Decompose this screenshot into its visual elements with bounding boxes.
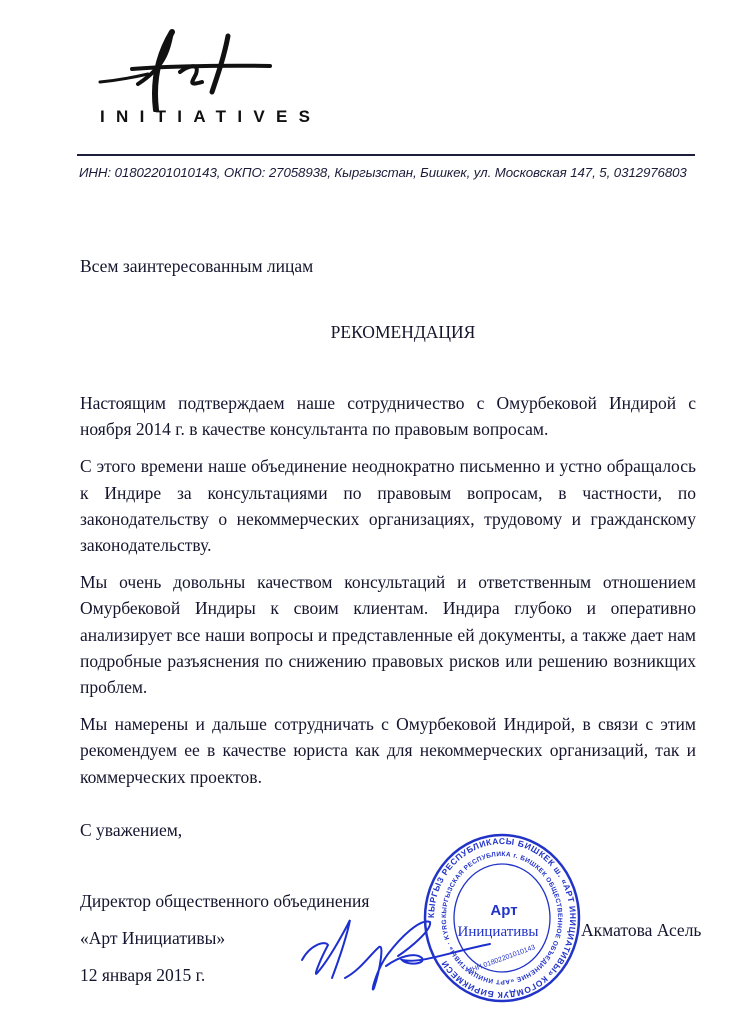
organization-requisites: ИНН: 01802201010143, ОКПО: 27058938, Кыр… [79, 165, 687, 180]
stamp-center-line2: Инициативы [458, 924, 539, 940]
stamp-center-line1: Арт [490, 902, 517, 919]
paragraph: Мы намерены и дальше сотрудничать с Омур… [80, 711, 696, 790]
logo-subtitle: INITIATIVES [100, 107, 321, 127]
letter-body: Настоящим подтверждаем наше сотрудничест… [80, 390, 696, 801]
stamp-inn: ИНН 01802201010143 [467, 944, 537, 975]
paragraph: С этого времени наше объединение неоднок… [80, 453, 696, 558]
addressee: Всем заинтересованным лицам [80, 256, 313, 277]
header-divider [77, 154, 695, 156]
signatory-name: Акматова Асель [581, 920, 701, 941]
organization-stamp-icon: КЫРГЫЗ РЕСПУБЛИКАСЫ БИШКЕК ш. «АРТ ИНИЦИ… [422, 833, 582, 1003]
paragraph: Мы очень довольны качеством консультаций… [80, 569, 696, 700]
letter-title: РЕКОМЕНДАЦИЯ [0, 322, 734, 343]
paragraph: Настоящим подтверждаем наше сотрудничест… [80, 390, 696, 442]
art-initiatives-logo: INITIATIVES [60, 22, 300, 132]
art-script-logo-icon [60, 22, 300, 112]
closing: С уважением, [80, 820, 182, 841]
